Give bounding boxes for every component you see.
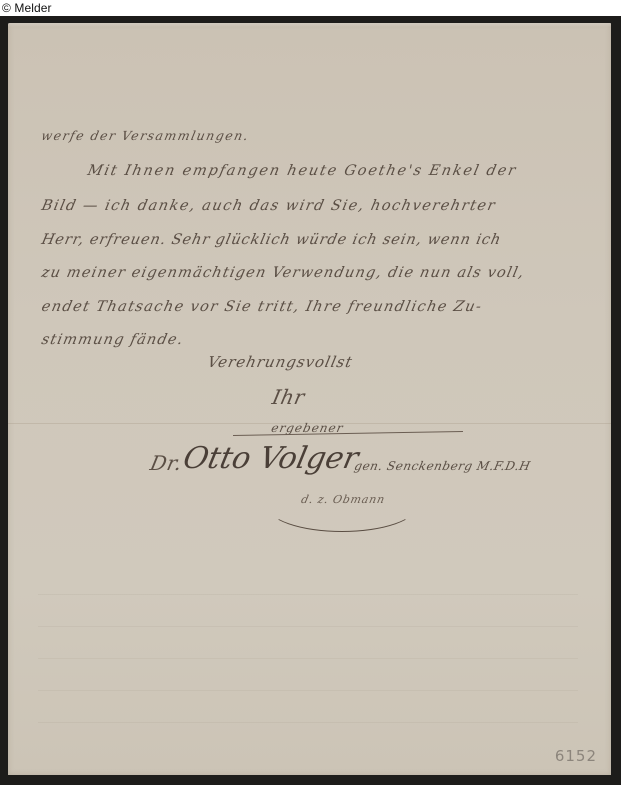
archive-number: 6152 — [555, 747, 597, 765]
signature-overline — [233, 431, 463, 436]
letter-line-3: Bild — ich danke, auch das wird Sie, hoc… — [40, 198, 498, 214]
signature-flourish — [266, 478, 418, 532]
letter-line-2: Mit Ihnen empfangen heute Goethe's Enkel… — [86, 163, 519, 179]
letter-line-1: werfe der Versammlungen. — [40, 128, 251, 143]
closing-respect: Verehrungsvollst — [206, 353, 354, 371]
letter-line-5: zu meiner eigenmächtigen Verwendung, die… — [40, 265, 526, 281]
letter-line-4: Herr, erfreuen. Sehr glücklich würde ich… — [40, 232, 503, 248]
letter-page: werfe der Versammlungen. Mit Ihnen empfa… — [8, 23, 611, 775]
letter-line-6: endet Thatsache vor Sie tritt, Ihre freu… — [40, 299, 484, 315]
letter-line-7: stimmung fände. — [40, 332, 185, 348]
copyright-credit: © Melder — [2, 0, 52, 16]
scanned-document: werfe der Versammlungen. Mit Ihnen empfa… — [0, 16, 621, 785]
signature-name: Otto Volger — [180, 441, 362, 476]
bleed-through-text — [38, 568, 578, 738]
closing-yours: Ihr — [270, 385, 307, 409]
signature-title: Dr. — [148, 451, 185, 475]
signature-suffix: gen. Senckenberg M.F.D.H — [353, 459, 532, 473]
